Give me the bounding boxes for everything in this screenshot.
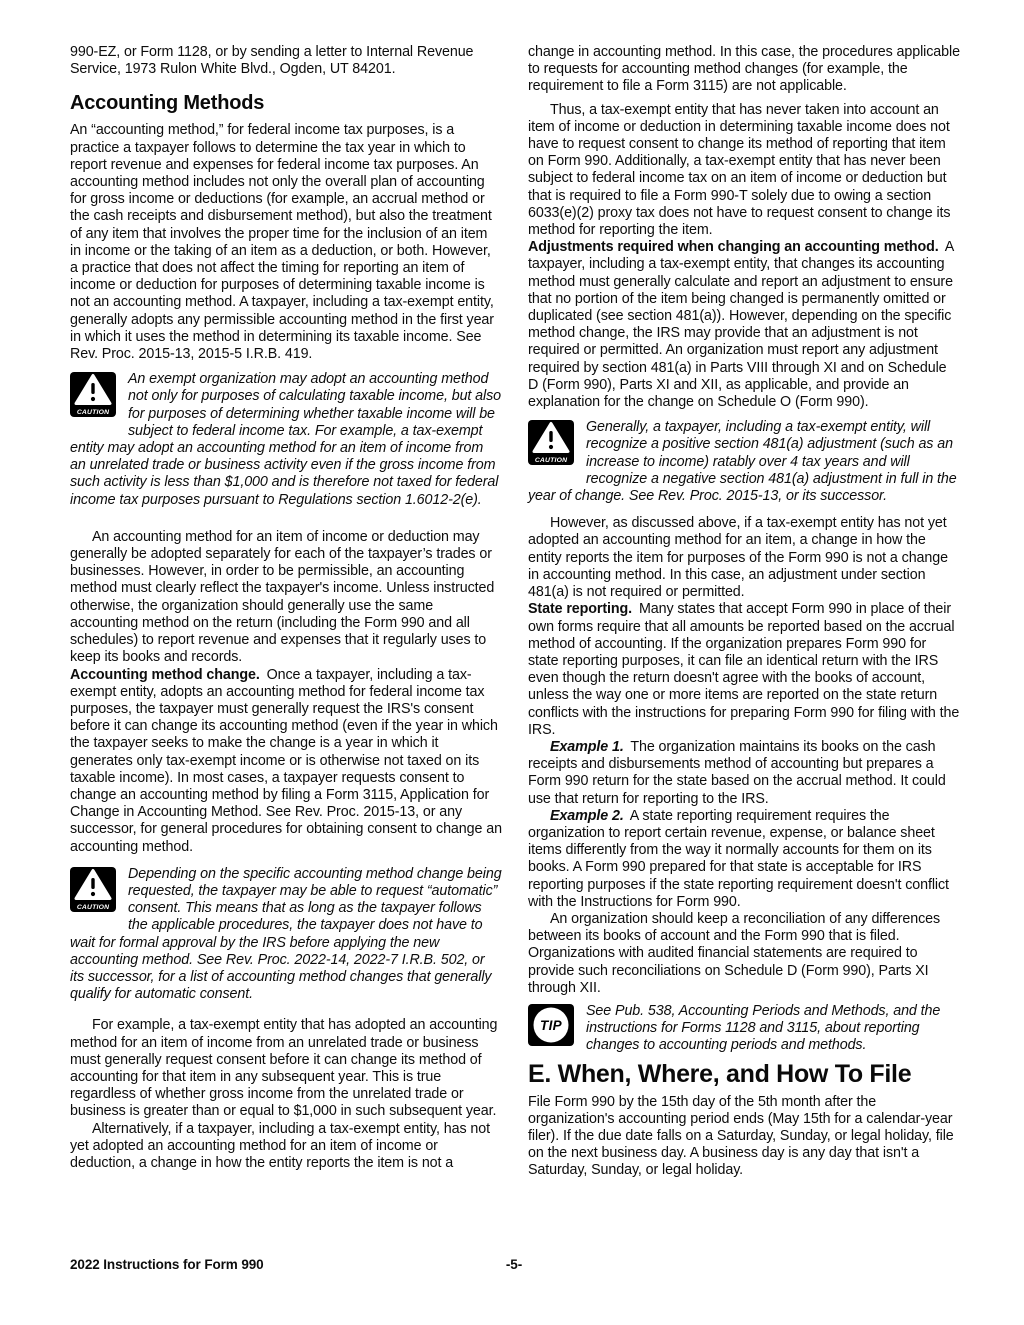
document-page: 990-EZ, or Form 1128, or by sending a le… (0, 0, 1024, 1325)
state-reporting-lead: State reporting. (528, 601, 632, 617)
caution-icon: CAUTION (70, 867, 116, 917)
state-reporting-text: Many states that accept Form 990 in plac… (528, 601, 959, 737)
page-footer: 2022 Instructions for Form 990 -5- (70, 1257, 958, 1272)
caution-icon-label: CAUTION (77, 904, 110, 911)
accounting-method-change-text: Once a taxpayer, including a tax-exempt … (70, 667, 502, 855)
accounting-methods-heading: Accounting Methods (70, 91, 502, 115)
caution-text: An exempt organization may adopt an acco… (70, 371, 501, 507)
caution-text: Depending on the specific accounting met… (70, 866, 502, 1002)
caution-note-481a: CAUTION Generally, a taxpayer, including… (528, 419, 960, 505)
tip-icon: TIP (528, 1004, 574, 1051)
right-column: change in accounting method. In this cas… (528, 44, 960, 1180)
adjustments-text: A taxpayer, including a tax-exempt entit… (528, 239, 953, 410)
example-2-paragraph: Example 2. A state reporting requirement… (528, 808, 960, 911)
however-paragraph: However, as discussed above, if a tax-ex… (528, 515, 960, 601)
accounting-method-change-lead: Accounting method change. (70, 667, 260, 683)
caution-icon-label: CAUTION (535, 457, 568, 464)
adjustments-paragraph: Adjustments required when changing an ac… (528, 239, 960, 411)
alternatively-paragraph: Alternatively, if a taxpayer, including … (70, 1121, 502, 1173)
tip-note: TIP See Pub. 538, Accounting Periods and… (528, 1003, 960, 1055)
reconciliation-paragraph: An organization should keep a reconcilia… (528, 911, 960, 997)
separate-adoption-paragraph: An accounting method for an item of inco… (70, 529, 502, 667)
example-1-paragraph: Example 1. The organization maintains it… (528, 739, 960, 808)
caution-icon: CAUTION (528, 420, 574, 470)
accounting-method-change-paragraph: Accounting method change. Once a taxpaye… (70, 667, 502, 856)
tip-icon-label: TIP (540, 1018, 563, 1033)
caution-icon-label: CAUTION (77, 409, 110, 416)
caution-text: Generally, a taxpayer, including a tax-e… (528, 419, 957, 504)
example-2-lead: Example 2. (550, 808, 624, 824)
caution-icon: CAUTION (70, 372, 116, 422)
for-example-paragraph: For example, a tax-exempt entity that ha… (70, 1017, 502, 1120)
continued-paragraph: 990-EZ, or Form 1128, or by sending a le… (70, 44, 502, 78)
left-column: 990-EZ, or Form 1128, or by sending a le… (70, 44, 502, 1172)
file-form-990-paragraph: File Form 990 by the 15th day of the 5th… (528, 1094, 960, 1180)
caution-note-automatic-consent: CAUTION Depending on the specific accoun… (70, 866, 502, 1004)
when-where-how-heading: E. When, Where, and How To File (528, 1060, 960, 1089)
example-1-lead: Example 1. (550, 739, 624, 755)
tip-text: See Pub. 538, Accounting Periods and Met… (586, 1003, 940, 1053)
change-continued-paragraph: change in accounting method. In this cas… (528, 44, 960, 96)
state-reporting-paragraph: State reporting. Many states that accept… (528, 601, 960, 739)
thus-paragraph: Thus, a tax-exempt entity that has never… (528, 102, 960, 240)
accounting-methods-intro-paragraph: An “accounting method,” for federal inco… (70, 122, 502, 363)
page-number: -5- (70, 1257, 958, 1272)
caution-note-exempt-org: CAUTION An exempt organization may adopt… (70, 371, 502, 509)
adjustments-lead: Adjustments required when changing an ac… (528, 239, 939, 255)
